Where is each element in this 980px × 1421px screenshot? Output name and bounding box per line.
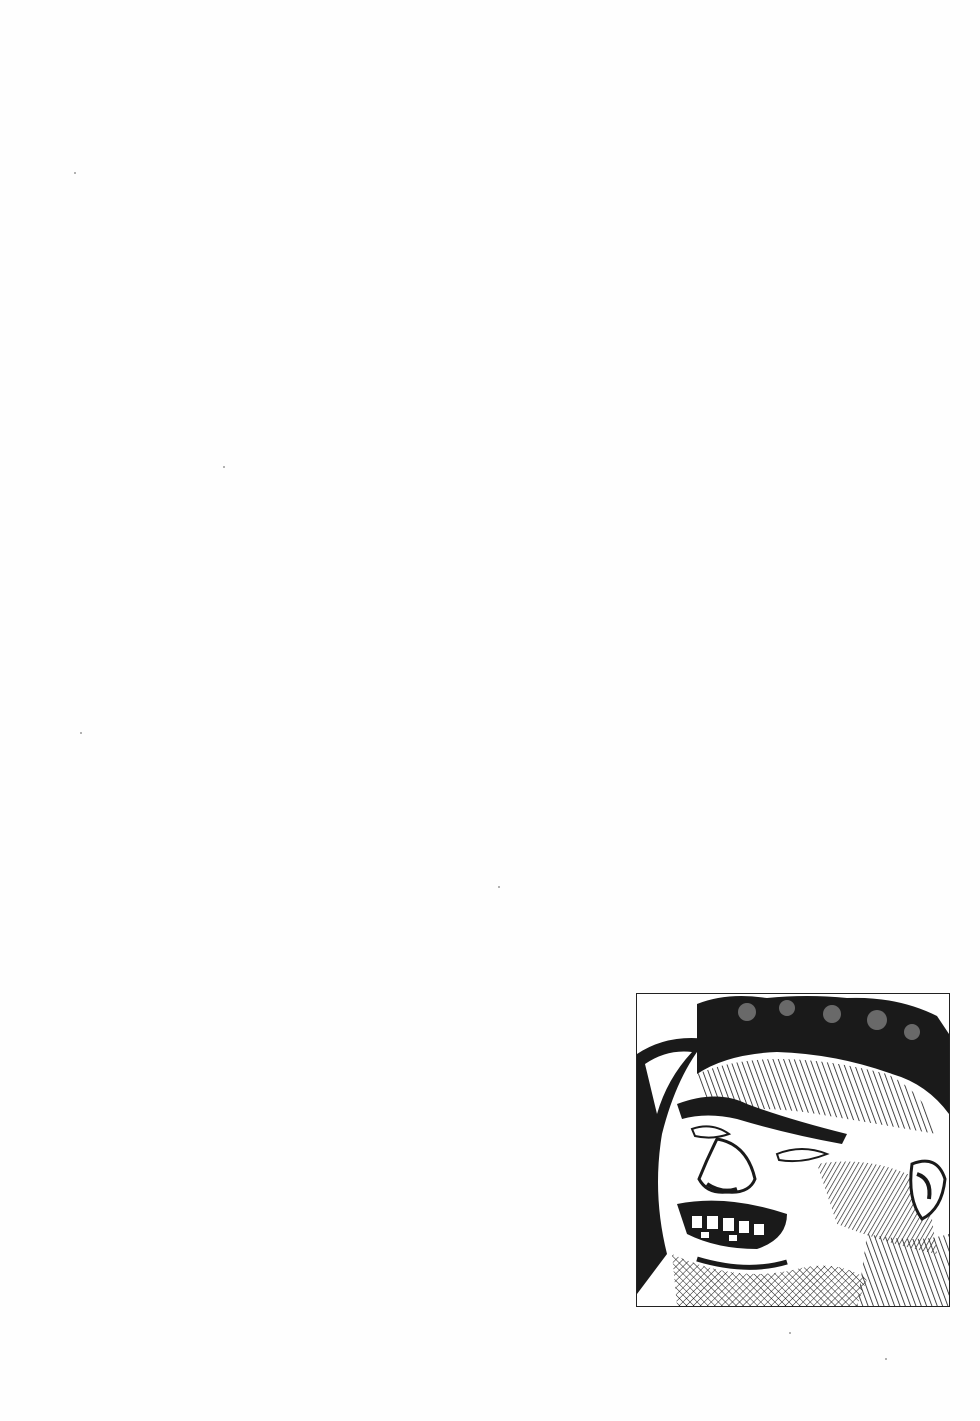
grimacing-face-illustration	[637, 994, 949, 1306]
dust-speck	[74, 172, 76, 174]
dust-speck	[223, 466, 225, 468]
manga-panel	[636, 993, 950, 1307]
dust-speck	[885, 1358, 887, 1360]
dust-speck	[498, 886, 500, 888]
dust-speck	[789, 1332, 791, 1334]
dust-speck	[80, 732, 82, 734]
